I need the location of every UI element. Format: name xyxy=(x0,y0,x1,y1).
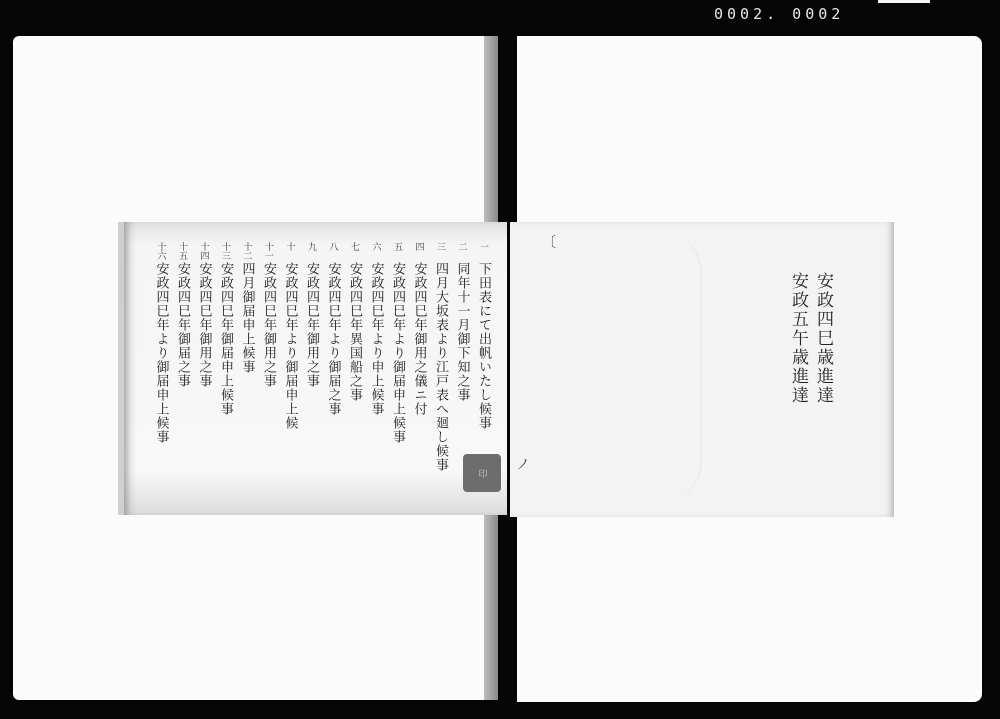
column-number: 十二 xyxy=(242,242,252,260)
manuscript-line: 安政四巳年御用之事 xyxy=(261,262,275,388)
frame-number-label: 0002. 0002 xyxy=(714,5,844,23)
column-number: 六 xyxy=(371,242,381,251)
cover-title-line-1: 安政四巳歳進達 xyxy=(813,272,833,405)
column-number: 十四 xyxy=(199,242,209,260)
ink-mark: 〔 xyxy=(542,232,556,252)
manuscript-line: 下田表にて出帆いたし候事 xyxy=(476,262,490,430)
manuscript-line: 安政四巳年御用之儀ニ付 xyxy=(412,262,426,416)
column-number: 八 xyxy=(328,242,338,251)
column-number: 四 xyxy=(414,242,424,251)
column-number: 十 xyxy=(285,242,295,251)
manuscript-line: 安政四巳年より御届申上候事 xyxy=(154,262,168,444)
manuscript-line: 四月御届申上候事 xyxy=(240,262,254,374)
manuscript-line: 安政四巳年御届之事 xyxy=(175,262,189,388)
column-number: 十三 xyxy=(220,242,230,260)
seal-stamp: 印 xyxy=(463,454,501,492)
manuscript-line: 安政四巳年異国船之事 xyxy=(347,262,361,402)
manuscript-line: 安政四巳年より申上候事 xyxy=(369,262,383,416)
manuscript-line: 安政四巳年より御届申上候事 xyxy=(390,262,404,444)
manuscript-line: 安政四巳年御届申上候事 xyxy=(218,262,232,416)
manuscript-page-left: 一下田表にて出帆いたし候事二同年十一月御下知之事三四月大坂表より江戸表へ廻し候事… xyxy=(118,222,507,515)
manuscript-line: 四月大坂表より江戸表へ廻し候事 xyxy=(433,262,447,472)
manuscript-page-right: 〔 ノ 安政四巳歳進達 安政五午歳進達 xyxy=(510,222,894,517)
column-number: 十六 xyxy=(156,242,166,260)
column-number: 九 xyxy=(306,242,316,251)
column-number: 十一 xyxy=(263,242,273,260)
film-frame-tab xyxy=(878,0,930,3)
column-number: 五 xyxy=(392,242,402,251)
column-number: 二 xyxy=(457,242,467,251)
column-number: 十五 xyxy=(177,242,187,260)
manuscript-line: 安政四巳年御用之事 xyxy=(304,262,318,388)
manuscript-line: 安政四巳年より御届之事 xyxy=(326,262,340,416)
manuscript-line: 安政四巳年より御届申上候 xyxy=(283,262,297,430)
manuscript-line: 同年十一月御下知之事 xyxy=(455,262,469,402)
ink-mark: ノ xyxy=(516,454,530,474)
cover-title-line-2: 安政五午歳進達 xyxy=(788,272,808,405)
column-number: 一 xyxy=(478,242,488,251)
water-stain xyxy=(610,232,702,502)
column-number: 三 xyxy=(435,242,445,251)
manuscript-line: 安政四巳年御用之事 xyxy=(197,262,211,388)
column-number: 七 xyxy=(349,242,359,251)
